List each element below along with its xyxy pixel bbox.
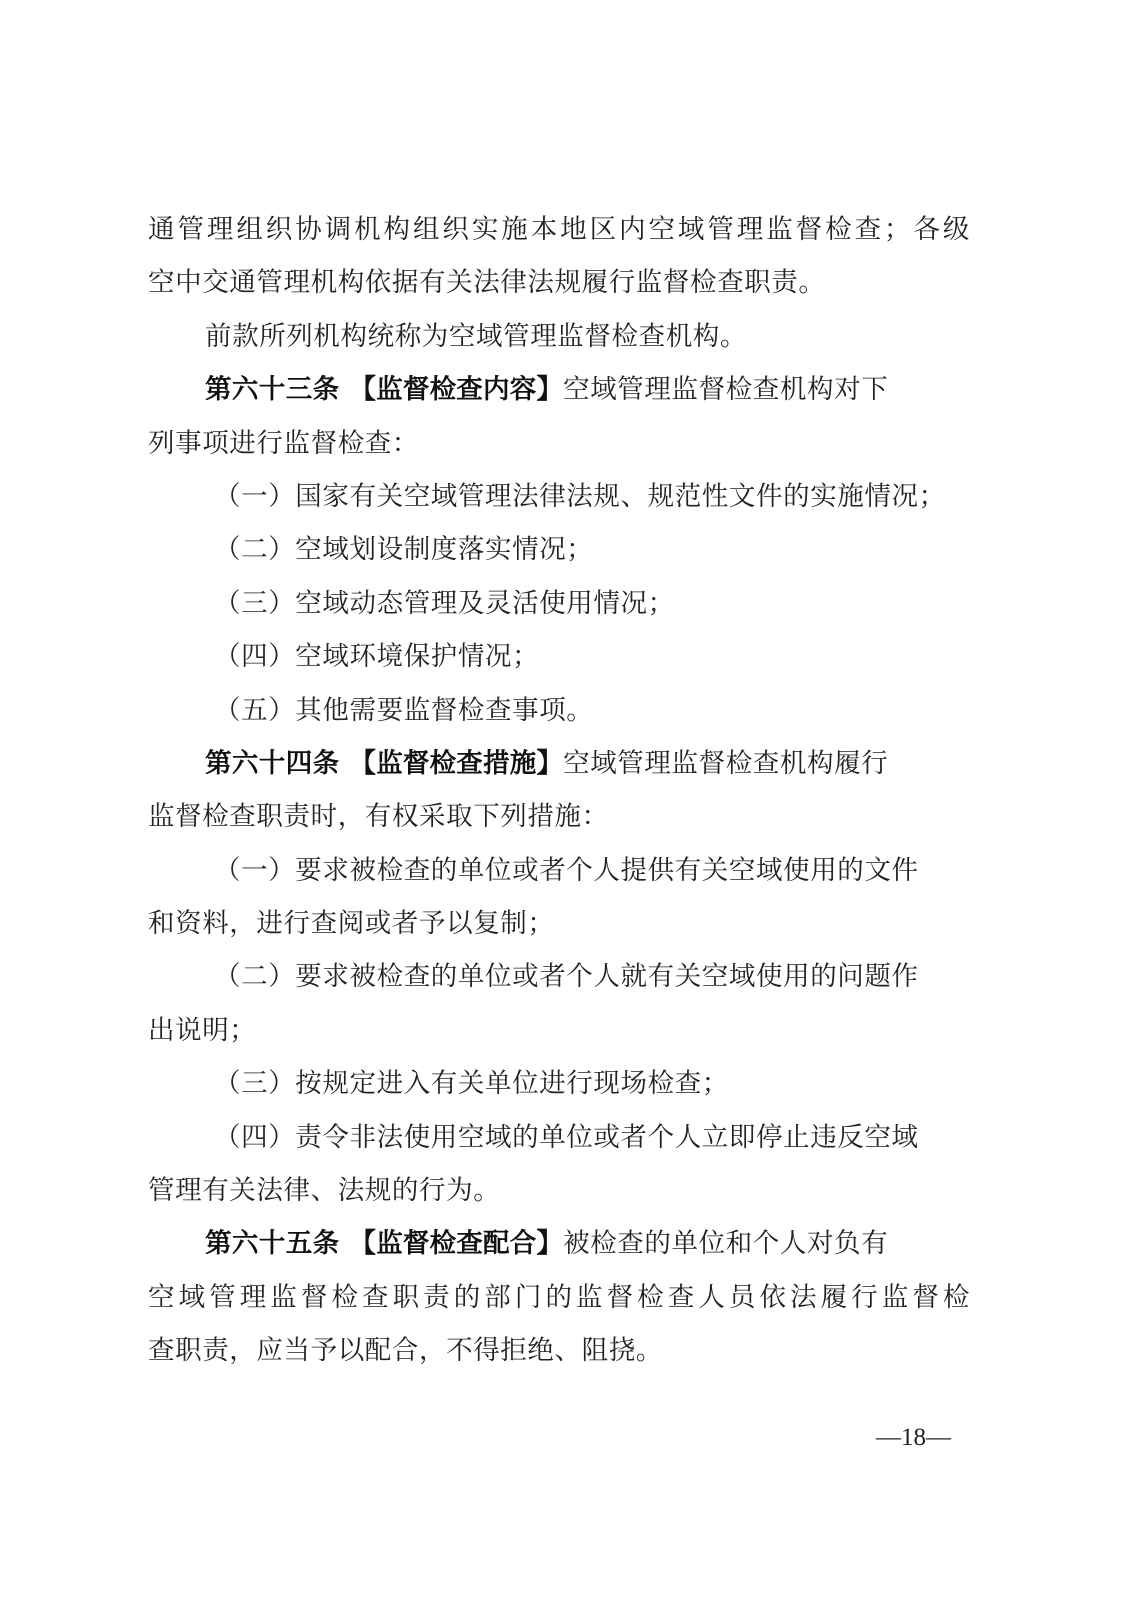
article-63-heading-line: 第六十三条【监督检查内容】空域管理监督检查机构对下 [148, 363, 974, 416]
text-line: 通管理组织协调机构组织实施本地区内空域管理监督检查；各级 [148, 203, 970, 256]
text-line: 列事项进行监督检查： [148, 417, 974, 470]
list-item-continuation: 管理有关法律、法规的行为。 [148, 1164, 974, 1217]
document-page: 通管理组织协调机构组织实施本地区内空域管理监督检查；各级 空中交通管理机构依据有… [0, 0, 1131, 1600]
article-lead: 空域管理监督检查机构履行 [563, 748, 888, 779]
list-item: （一）要求被检查的单位或者个人提供有关空域使用的文件 [148, 844, 974, 897]
article-number: 第六十五条 [205, 1228, 340, 1259]
list-item: （二）要求被检查的单位或者个人就有关空域使用的问题作 [148, 950, 974, 1003]
list-item-continuation: 和资料，进行查阅或者予以复制； [148, 897, 974, 950]
article-lead: 被检查的单位和个人对负有 [563, 1228, 888, 1259]
article-title: 【监督检查内容】 [350, 374, 564, 405]
article-65-heading-line: 第六十五条【监督检查配合】被检查的单位和个人对负有 [148, 1217, 974, 1270]
text-line: 空中交通管理机构依据有关法律法规履行监督检查职责。 [148, 256, 974, 309]
list-item: （三）空域动态管理及灵活使用情况； [148, 577, 974, 630]
body-text: 通管理组织协调机构组织实施本地区内空域管理监督检查；各级 空中交通管理机构依据有… [148, 203, 974, 1378]
list-item: （四）责令非法使用空域的单位或者个人立即停止违反空域 [148, 1111, 974, 1164]
list-item: （四）空域环境保护情况； [148, 630, 974, 683]
article-lead: 空域管理监督检查机构对下 [563, 374, 888, 405]
list-item: （二）空域划设制度落实情况； [148, 523, 974, 576]
list-item: （五）其他需要监督检查事项。 [148, 684, 974, 737]
list-item: （一）国家有关空域管理法律法规、规范性文件的实施情况； [148, 470, 974, 523]
article-64-heading-line: 第六十四条【监督检查措施】空域管理监督检查机构履行 [148, 737, 974, 790]
text-line: 前款所列机构统称为空域管理监督检查机构。 [148, 310, 974, 363]
text-line: 空域管理监督检查职责的部门的监督检查人员依法履行监督检 [148, 1271, 970, 1324]
text-line: 监督检查职责时，有权采取下列措施： [148, 790, 974, 843]
list-item-continuation: 出说明； [148, 1004, 974, 1057]
article-title: 【监督检查措施】 [350, 748, 564, 779]
article-number: 第六十四条 [205, 748, 340, 779]
page-number: —18— [876, 1424, 951, 1452]
list-item: （三）按规定进入有关单位进行现场检查； [148, 1057, 974, 1110]
article-title: 【监督检查配合】 [350, 1228, 564, 1259]
text-line: 查职责，应当予以配合，不得拒绝、阻挠。 [148, 1324, 974, 1377]
article-number: 第六十三条 [205, 374, 340, 405]
